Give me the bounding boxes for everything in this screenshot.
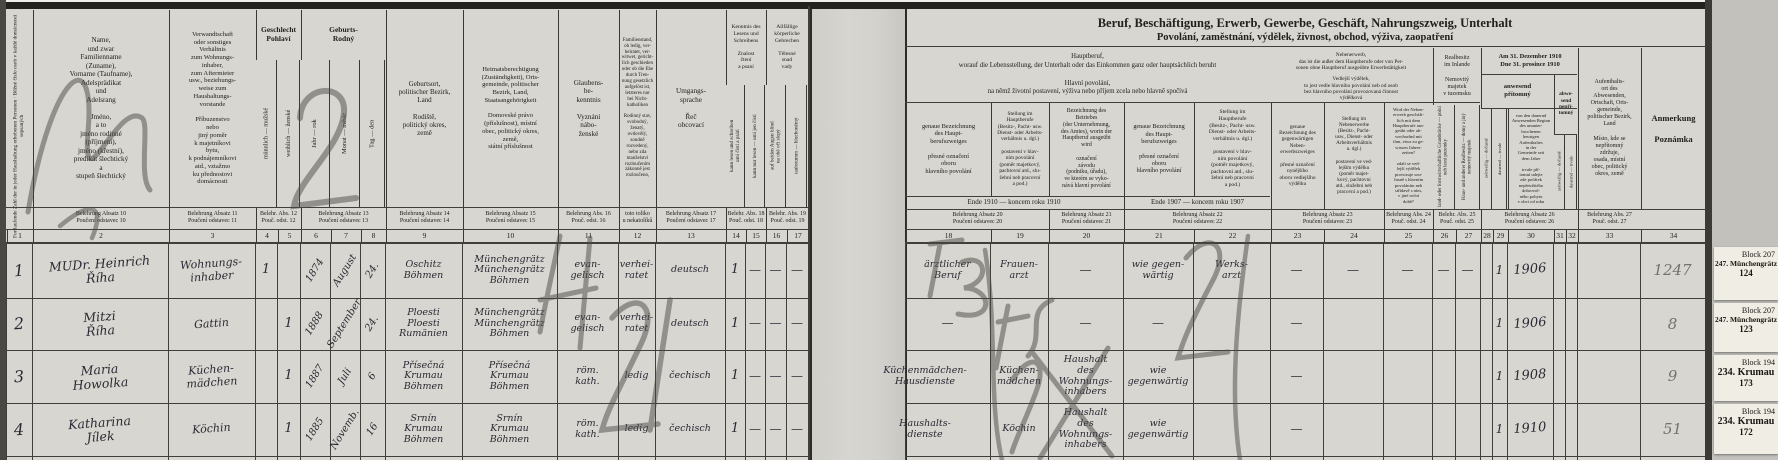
column-number: 10 (463, 229, 557, 243)
grid-hline (905, 298, 1705, 299)
grid-hline (905, 403, 1705, 404)
cell-row1-c20: — (1049, 245, 1122, 296)
column-number: 4 (256, 229, 277, 243)
grid-hline (905, 242, 1705, 244)
column-number: 25 (1384, 229, 1432, 243)
period-end-1907: Ende 1907 — koncem roku 1907 (1124, 196, 1270, 209)
cell-row3-c30: 1908 (1506, 351, 1553, 403)
belehrung-note: Belehrung Abs. 24 Pouč. odst. 24 (1384, 209, 1432, 229)
column-number: 5 (278, 229, 300, 243)
cell-row1-c3: Wohnungs- inhaber (167, 242, 255, 299)
sticker-place-label: 247. Münchengrätz (1714, 315, 1778, 324)
cell-row3-c1: 3 (5, 351, 32, 402)
column-header-main-position-1910: Stellung im Hauptberufe (Besitz-, Pacht-… (991, 102, 1048, 196)
sticker-number: 123 (1714, 324, 1778, 334)
column-number: 17 (787, 229, 808, 243)
grid-hline (905, 196, 1270, 197)
cell-row4-c19: Köchin (991, 405, 1047, 454)
column-number: 30 (1508, 229, 1553, 243)
grid-hline (1554, 134, 1577, 135)
belehrung-note: Belehrung Absatz 10 Poučení odstavec 10 (33, 207, 168, 229)
cell-row2-c30: 1906 (1506, 299, 1553, 350)
belehrung-note: Belehrung Absatz 15 Poučení odstavec 15 (463, 207, 557, 229)
main-occupation-note-de: Hauptberuf, worauf die Lebensstellung, d… (905, 48, 1270, 75)
main-occupation-note-cz: Hlavní povolání, na němž životní postave… (905, 75, 1270, 101)
sticker-number: 173 (1714, 378, 1778, 388)
cell-row1-c25: — (1384, 245, 1431, 296)
cell-row1-c23: — (1271, 245, 1322, 296)
grid-hline (1481, 108, 1577, 109)
cell-row4-c16: — (766, 405, 785, 454)
occupation-title-de: Beruf, Beschäftigung, Erwerb, Gewerbe, G… (905, 15, 1705, 31)
column-header-whereabouts-of-absent: Aufenthalts- ort des Abwesenden, Ortscha… (1578, 48, 1640, 209)
cell-row3-c20: Haushalt des Wohnungs- inhabers (1049, 352, 1122, 401)
cell-row3-c9: Přísečná Krumau Böhmen (386, 352, 461, 401)
cell-row3-c17: — (787, 352, 807, 401)
sticker-place-label: 247. Münchengrätz (1714, 259, 1778, 268)
belehrung-note: Belehrung Absatz 22 Poučení odstavec 22 (1124, 209, 1270, 229)
belehrung-note: Belehrung Absatz 14 Poučení odstavec 14 (386, 207, 462, 229)
cell-row3-c19: Küchen- mädchen (991, 352, 1047, 401)
column-header-can-read-only: kann nur lesen — umí jen čísti (746, 85, 765, 207)
cell-row1-c29: 1 (1493, 245, 1506, 296)
column-number: 26 (1433, 229, 1455, 243)
cell-row3-c14: 1 (726, 352, 744, 401)
archive-sticker: Block 194 234. Krumau 172 (1714, 404, 1778, 454)
column-header-birth-year: Jahr — rok (301, 60, 330, 207)
cell-row2-c18: — (906, 300, 989, 348)
column-number: 8 (361, 229, 385, 243)
grid-hline (905, 102, 1480, 103)
cell-row4-c17: — (787, 405, 807, 454)
top-border-rule (0, 0, 1712, 9)
cell-row1-c13: deutsch (656, 245, 724, 296)
cell-row1-c15: — (746, 245, 764, 296)
sticker-block-label: Block 207 (1714, 247, 1778, 259)
sticker-block-label: Block 194 (1714, 355, 1778, 367)
column-number: 31 (1554, 229, 1565, 243)
cell-row1-c1: 1 (5, 244, 32, 297)
column-number: 15 (746, 229, 765, 243)
cell-row2-c16: — (766, 300, 785, 348)
cell-row1-c34: 1247 (1641, 245, 1704, 296)
column-header-name: Name, und zwar Familienname (Zuname), Vo… (33, 10, 168, 207)
column-header-side-branch: genaue Bezeichnung des gegenwärtigen Neb… (1271, 102, 1323, 209)
column-header-can-read-write: kann lesen und schreiben umí čísti a psá… (726, 85, 745, 207)
cell-row4-c3: Köchin (167, 402, 255, 457)
cell-row4-c1: 4 (5, 404, 32, 455)
column-number: 16 (766, 229, 786, 243)
sticker-block-label: Block 194 (1714, 404, 1778, 416)
cell-row2-c9: Ploesti Ploesti Rumänien (386, 300, 461, 348)
cell-row1-c9: Oschitz Böhmen (386, 245, 461, 296)
column-header-language: Umgangs- sprache Řeč obcovací (656, 10, 725, 207)
cell-row2-c3: Gattin (167, 297, 255, 351)
column-header-house-property: Haus- und anderer Realbesitz — domy a ji… (1456, 105, 1480, 209)
column-header-deaf-mute: taubstumm — hluchoněmý (787, 85, 807, 207)
cell-row2-c17: — (787, 300, 807, 348)
cell-row3-c10: Přísečná Krumau Böhmen (463, 352, 556, 401)
cell-row4-c13: čechisch (656, 405, 724, 454)
column-number: 34 (1641, 229, 1705, 243)
cell-row3-c16: — (766, 352, 785, 401)
grid-vline (1553, 243, 1554, 460)
sticker-number: 124 (1714, 268, 1778, 278)
cell-row4-c21: wie gegenwärtig (1124, 405, 1192, 454)
belehrung-note: Belehrung Abs. 16 Pouč. odst. 16 (558, 207, 618, 229)
column-number: 33 (1578, 229, 1640, 243)
period-end-1910: Ende 1910 — koncem roku 1910 (905, 196, 1123, 209)
cell-row2-c15: — (746, 300, 764, 348)
column-header-relationship: Verwandtschaft oder sonstiges Verhältnis… (169, 10, 255, 207)
cell-row3-c29: 1 (1493, 352, 1506, 401)
column-number: 6 (301, 229, 330, 243)
grid-hline (905, 456, 1705, 457)
cell-row3-c3: Küchen- mädchen (167, 349, 255, 404)
sticker-place-label: 234. Krumau (1714, 367, 1778, 378)
cell-row4-c14: 1 (726, 405, 744, 454)
grid-hline (905, 46, 1705, 47)
column-header-stay-since-year: von den dauernd Anwesenden Beginn des un… (1508, 108, 1553, 209)
column-number: 20 (1049, 229, 1123, 243)
belehrung-note: Belehrung Absatz 26 Poučení odstavec 26 (1481, 209, 1577, 229)
column-header-home-right: Heimatsberechtigung (Zuständigkeit), Ort… (463, 10, 557, 207)
cell-row2-c14: 1 (726, 300, 744, 348)
belehrung-note: Belehrung Absatz 23 Poučení odstavec 23 (1271, 209, 1383, 229)
column-number: 22 (1194, 229, 1270, 243)
cell-row2-c10: Münchengrätz Münchengrätz Böhmen (463, 300, 556, 348)
column-header-remark: Anmerkung Poznámka (1641, 48, 1705, 209)
cell-row3-c18: Küchenmädchen- Hausdienste (861, 352, 989, 401)
grid-hline (6, 207, 808, 208)
cell-row3-c12: ledig (619, 352, 654, 401)
cell-row2-c1: 2 (5, 299, 32, 349)
belehrung-note: Belehrung Abs. 27 Pouč. odst. 27 (1578, 209, 1640, 229)
cell-row3-c2: Maria Howolka (31, 347, 168, 405)
column-header-male: männlich — mužské (256, 60, 277, 207)
cell-row3-c34: 9 (1641, 352, 1704, 401)
grid-hline (1481, 74, 1577, 75)
cell-row1-c2: MUDr. Heinrich Říha (31, 240, 168, 300)
cell-row3-c11: röm. kath. (558, 352, 617, 401)
column-number: 12 (619, 229, 655, 243)
belehrung-note: Belehr. Abs. 12 Pouč. odst. 12 (256, 207, 300, 229)
cell-row1-c27: — (1456, 245, 1479, 296)
column-header-dec31: Am 31. Dezember 1910 Dne 31. prosince 19… (1481, 48, 1578, 74)
column-header-farm-land: land- oder forstwirtschaftliche Grundstü… (1433, 105, 1455, 209)
cell-row4-c34: 51 (1641, 405, 1704, 454)
column-header-birthplace: Geburtsort, politischer Bezirk, Land Rod… (386, 10, 462, 207)
belehrung-note: Belehrung Absatz 11 Poučení odstavec 11 (169, 207, 255, 229)
column-header-female: weiblich — ženské (278, 60, 300, 207)
column-number: 27 (1456, 229, 1480, 243)
column-header-present: anwesend přítomný (1481, 74, 1553, 108)
column-header-absent: abwe- send nepří- tomný (1554, 74, 1577, 134)
side-earnings-note-de: Nebenerwerb, das ist die außer dem Haupt… (1270, 48, 1432, 76)
cell-row1-c30: 1906 (1506, 244, 1553, 298)
column-header-present-permanent: dauernd — trvale (1493, 108, 1507, 209)
column-header-marital-status: Familienstand, ob ledig, ver- heiratet, … (619, 10, 655, 207)
column-number: 7 (331, 229, 360, 243)
cell-row1-c18: ärztlicher Beruf (906, 245, 989, 296)
cell-row1-c21: wie gegen- wärtig (1124, 245, 1192, 296)
column-header-side-how-practised: Wird der Neben- erwerb geschäft- lich mi… (1384, 102, 1432, 209)
cell-row1-c4: 1 (256, 245, 276, 296)
cell-row4-c20: Haushalt des Wohnungs- inhabers (1049, 405, 1122, 454)
cell-row4-c11: röm. kath. (558, 405, 617, 454)
cell-row1-c19: Frauen- arzt (991, 245, 1047, 296)
cell-row2-c2: Mitzi Říha (31, 295, 168, 352)
cell-row4-c23: — (1271, 405, 1322, 454)
belehrung-note: toto toliko u nekatolíků (619, 207, 655, 229)
cell-row2-c21: — (1124, 300, 1192, 348)
cell-row4-c9: Srnín Krumau Böhmen (386, 405, 461, 454)
column-number: 21 (1124, 229, 1193, 243)
grid-hline (905, 229, 1705, 230)
column-number: 9 (386, 229, 462, 243)
column-header-blind: auf beiden Augen blind na obě oči slepý (766, 85, 786, 207)
cell-row1-c12: verhei- ratet (619, 245, 654, 296)
cell-row1-c22: Werks- arzt (1194, 245, 1269, 296)
column-number: 23 (1271, 229, 1323, 243)
column-header-present-temporary: zeitweilig — dočasně (1481, 108, 1492, 209)
grid-hline (905, 350, 1705, 351)
cell-row1-c11: evan- gelisch (558, 245, 617, 296)
belehrung-note: Belehr. Abs. 19 Pouč. odst. 19 (766, 207, 808, 229)
sticker-block-label: Block 207 (1714, 303, 1778, 315)
cell-row1-c16: — (766, 245, 785, 296)
cell-row1-c26: — (1433, 245, 1454, 296)
sticker-place-label: 234. Krumau (1714, 416, 1778, 427)
cell-row2-c13: deutsch (656, 300, 724, 348)
cell-row4-c18: Haushalts- dienste (861, 405, 989, 454)
column-number: 18 (906, 229, 990, 243)
column-header-infirmity-group: Allfällige körperliche Gebrechen Tělesné… (766, 10, 807, 85)
side-earnings-note-cz: Vedlejší výdělek, to jest vedle hlavního… (1270, 76, 1432, 102)
cell-row3-c21: wie gegenwärtig (1124, 352, 1192, 401)
cell-row1-c24: — (1324, 245, 1382, 296)
cell-row2-c23: — (1271, 300, 1322, 348)
column-header-religion: Glaubens- be- kenntnis Vyznání nábo- žen… (558, 10, 618, 207)
column-header-birth-day: Tag — den (361, 60, 385, 207)
column-number: 19 (991, 229, 1048, 243)
column-header-main-branch-1910: genaue Bezeichnung des Haupt- berufszwei… (906, 102, 990, 196)
cell-row1-c17: — (787, 245, 807, 296)
column-header-birth-group: Geburts- Rodný (301, 10, 385, 60)
cell-row3-c23: — (1271, 352, 1322, 401)
column-header-real-estate-group: Realbesitz im Inlande Nemovitý majetek v… (1433, 48, 1480, 105)
belehrung-note: Belehrung Absatz 17 Poučení odstavec 17 (656, 207, 725, 229)
cell-row3-c13: čechisch (656, 352, 724, 401)
cell-row4-c30: 1910 (1506, 404, 1553, 456)
belehrung-note: Belehrung Absatz 20 Poučení odstavec 20 (906, 209, 1048, 229)
belehrung-note: Belehr. Abs. 25 Pouč. odst. 25 (1433, 209, 1480, 229)
column-header-side-position: Stellung im Nebenerwerbe (Besitz-, Pacht… (1324, 102, 1383, 209)
grid-hline (6, 229, 808, 230)
column-header-literacy-group: Kenntnis des Lesens und Schreibens Znalo… (726, 10, 765, 85)
column-header-running-number: Fortlaufende Zahl der in jeder Haushaltu… (7, 12, 31, 240)
cell-row4-c10: Srnín Krumau Böhmen (463, 405, 556, 454)
grid-vline (1577, 243, 1578, 460)
belehrung-note: Belehr. Abs. 18 Pouč. odst. 18 (726, 207, 765, 229)
column-number: 3 (169, 229, 255, 243)
column-number: 29 (1493, 229, 1507, 243)
column-header-birth-month: Monat — měsíc (331, 60, 360, 207)
grid-vline (1480, 243, 1481, 460)
column-number: 32 (1566, 229, 1577, 243)
occupation-title-cz: Povolání, zaměstnání, výdělek, živnost, … (905, 31, 1705, 45)
column-number: 13 (656, 229, 725, 243)
cell-row2-c20: — (1049, 300, 1122, 348)
cell-row3-c15: — (746, 352, 764, 401)
column-number: 14 (726, 229, 745, 243)
sticker-number: 172 (1714, 427, 1778, 437)
belehrung-note: Belehrung Absatz 21 Poučení odstavec 21 (1049, 209, 1123, 229)
cell-row2-c11: evan- gelisch (558, 300, 617, 348)
cell-row4-c29: 1 (1493, 405, 1506, 454)
column-header-absent-permanent: dauernd — trvale (1566, 134, 1577, 209)
grid-hline (6, 456, 808, 457)
column-number: 1 (7, 229, 32, 243)
grid-vline (808, 6, 810, 460)
column-number: 11 (558, 229, 618, 243)
archive-sticker: Block 207 247. Münchengrätz 124 (1714, 247, 1778, 300)
cell-row1-c10: Münchengrätz Münchengrätz Böhmen (463, 245, 556, 296)
column-number: 28 (1481, 229, 1492, 243)
belehrung-note: Belehrung Absatz 13 Poučení odstavec 13 (301, 207, 385, 229)
cell-row2-c29: 1 (1493, 300, 1506, 348)
archive-sticker: Block 194 234. Krumau 173 (1714, 355, 1778, 401)
census-form-scan: Block 207 247. Münchengrätz 124 Block 20… (0, 0, 1778, 460)
column-header-main-branch-1907: genaue Bezeichnung des Haupt- berufszwei… (1124, 102, 1193, 196)
column-header-enterprise: Bezeichnung des Betriebes (der Unternehm… (1049, 102, 1123, 196)
cell-row4-c15: — (746, 405, 764, 454)
column-header-main-position-1907: Stellung im Hauptberufe (Besitz-, Pacht-… (1194, 102, 1270, 196)
archive-sticker: Block 207 247. Münchengrätz 123 (1714, 303, 1778, 352)
cell-row2-c34: 8 (1641, 300, 1704, 348)
cell-row4-c2: Katharina Jílek (31, 400, 168, 458)
column-header-absent-temporary: zeitweilig — dočasně (1554, 134, 1565, 209)
cell-row2-c12: verhei- ratet (619, 300, 654, 348)
column-header-sex-group: Geschlecht Pohlaví (256, 10, 300, 60)
column-number: 24 (1324, 229, 1383, 243)
cell-row4-c12: ledig (619, 405, 654, 454)
grid-hline (905, 209, 1705, 210)
grid-vline (1565, 243, 1566, 460)
cell-row1-c14: 1 (726, 245, 744, 296)
